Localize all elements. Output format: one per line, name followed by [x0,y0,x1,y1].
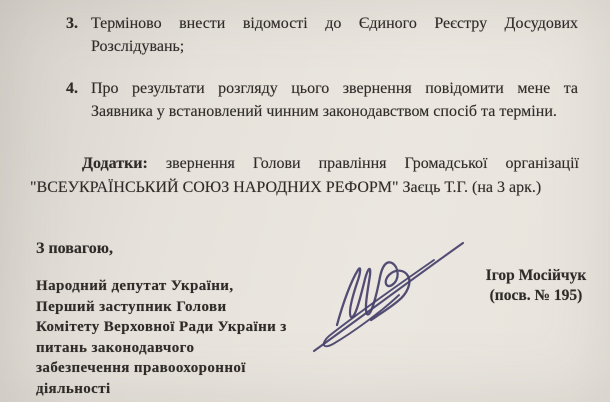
item-text-line: Заявника у встановлений чинним законодав… [91,100,578,123]
signer-title-line: питань законодавчого [36,338,287,359]
list-item-3: 3. Терміново внести відомості до Єдиного… [66,12,578,58]
signer-title-line: забезпечення правоохоронної [36,358,287,379]
attachments-line: "ВСЕУКРАЇНСЬКИЙ СОЮЗ НАРОДНИХ РЕФОРМ" За… [30,176,579,200]
signer-title-line: Народний депутат України, [36,276,287,297]
item-number: 4. [66,77,91,123]
attachments-label: Додатки: [82,155,148,172]
item-text: Терміново внести відомості до Єдиного Ре… [91,12,578,58]
attachments-line: Додатки: звернення Голови правління Гром… [30,152,579,176]
item-text-line: Розслідувань; [91,35,578,58]
scanned-letter-page: 3. Терміново внести відомості до Єдиного… [0,0,610,402]
list-item-4: 4. Про результати розгляду цього звернен… [66,77,578,123]
signer-name: Ігор Мосійчук [468,266,604,286]
item-number: 3. [66,12,91,58]
signer-title-block: Народний депутат України, Перший заступн… [36,276,287,399]
signer-credential: (посв. № 195) [468,286,604,306]
signer-title-line: діяльності [36,379,287,400]
attachments-text: звернення Голови правління Громадської о… [166,155,579,172]
item-text-line: Терміново внести відомості до Єдиного Ре… [91,12,578,35]
signer-block: Ігор Мосійчук (посв. № 195) [468,266,604,306]
salutation: З повагою, [36,240,113,258]
signer-title-line: Комітету Верховної Ради України з [36,317,287,338]
item-text: Про результати розгляду цього звернення … [91,77,578,123]
attachments-paragraph: Додатки: звернення Голови правління Гром… [30,152,579,200]
handwritten-signature-icon [295,233,470,358]
signer-title-line: Перший заступник Голови [36,297,287,318]
item-text-line: Про результати розгляду цього звернення … [91,77,578,100]
